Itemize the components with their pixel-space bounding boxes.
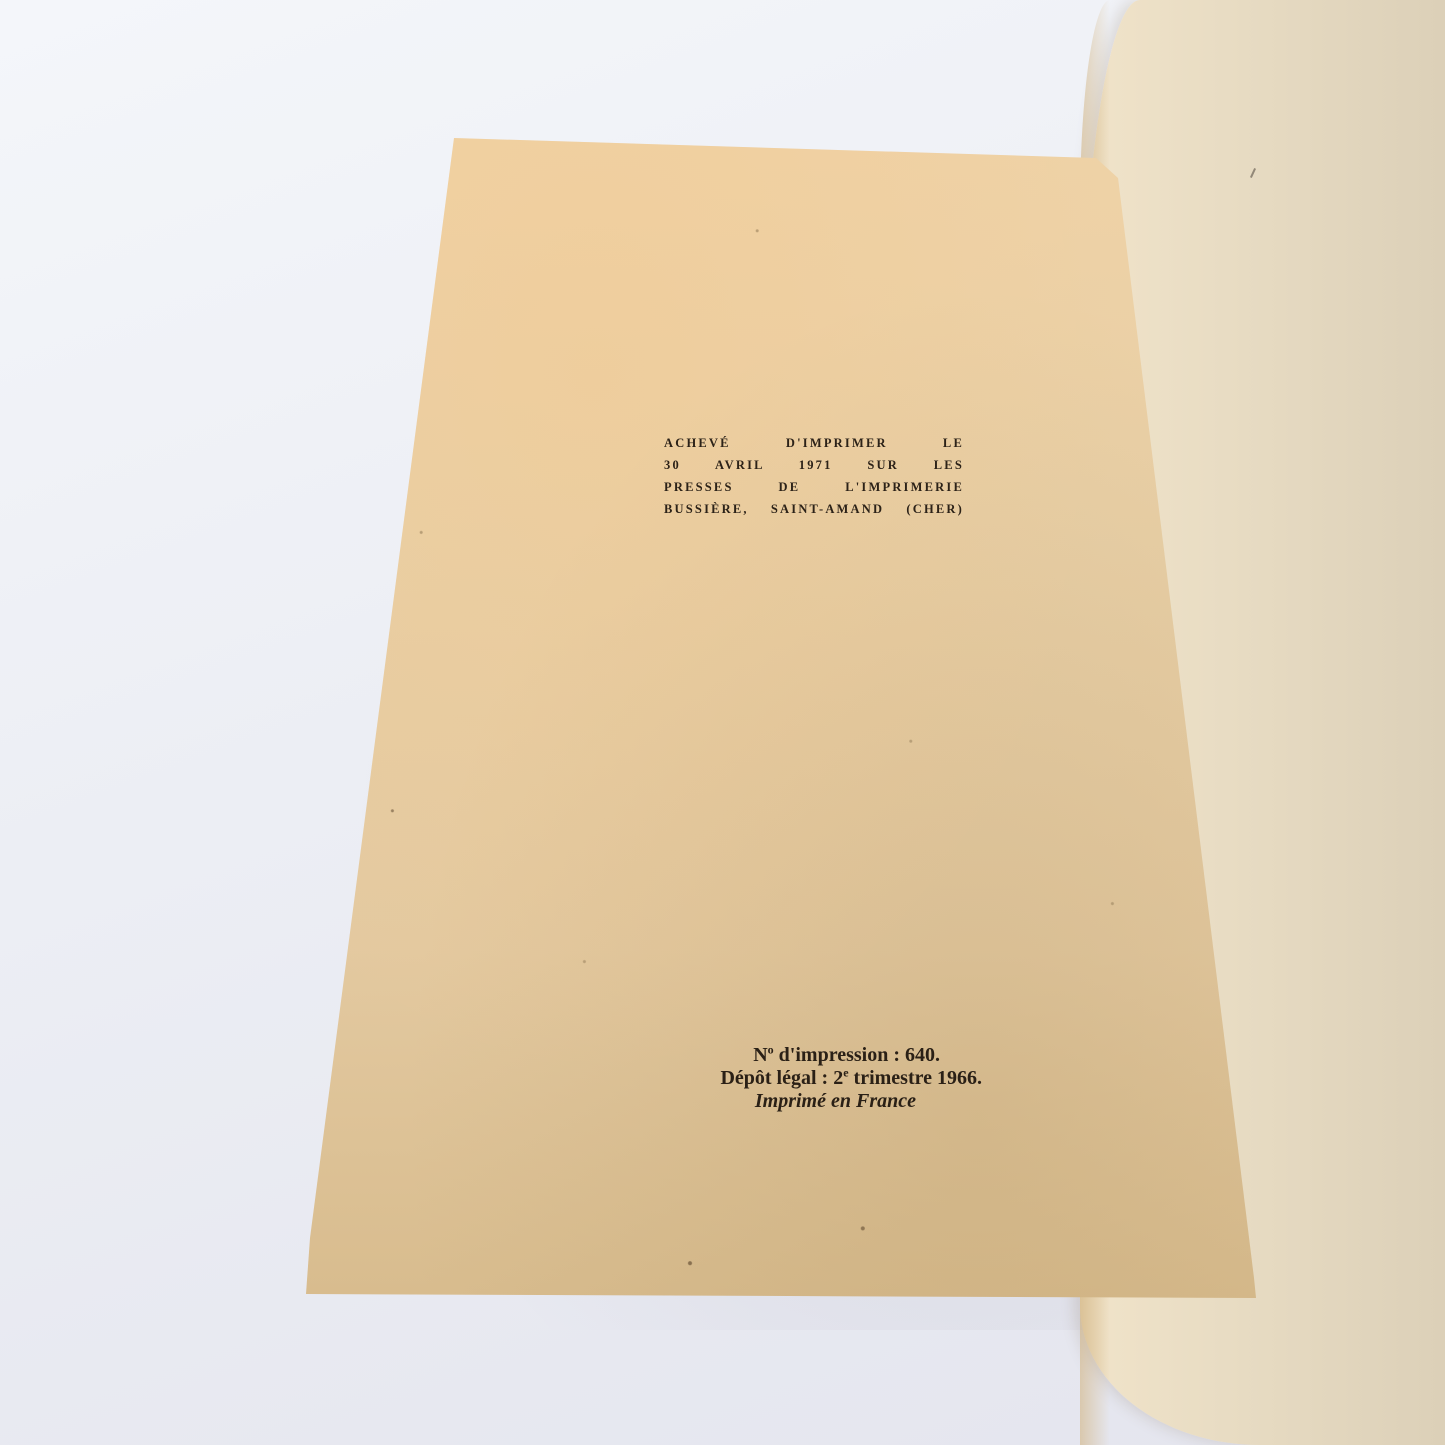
printer-colophon: ACHEVÉ D'IMPRIMER LE 30 AVRIL 1971 SUR L… <box>664 432 964 520</box>
legal-deposit: Dépôt légal : 2e trimestre 1966. <box>620 1067 990 1090</box>
number-prefix: N <box>753 1044 767 1066</box>
imprint-block: No d'impression : 640. Dépôt légal : 2e … <box>620 1044 990 1113</box>
number-text: d'impression : 640. <box>774 1044 940 1066</box>
depot-prefix: Dépôt légal : 2 <box>720 1067 843 1089</box>
colophon-line-4: BUSSIÈRE, SAINT-AMAND (CHER) <box>664 498 964 520</box>
print-number: No d'impression : 640. <box>620 1044 990 1067</box>
colophon-line-3: PRESSES DE L'IMPRIMERIE <box>664 476 964 498</box>
depot-suffix: trimestre 1966. <box>849 1067 982 1089</box>
paper-fleck <box>1250 168 1256 178</box>
printed-in-france: Imprimé en France <box>620 1090 990 1113</box>
colophon-line-2: 30 AVRIL 1971 SUR LES <box>664 454 964 476</box>
photo-scene: ACHEVÉ D'IMPRIMER LE 30 AVRIL 1971 SUR L… <box>0 0 1445 1445</box>
colophon-line-1: ACHEVÉ D'IMPRIMER LE <box>664 432 964 454</box>
left-page-colophon <box>306 138 1266 1298</box>
